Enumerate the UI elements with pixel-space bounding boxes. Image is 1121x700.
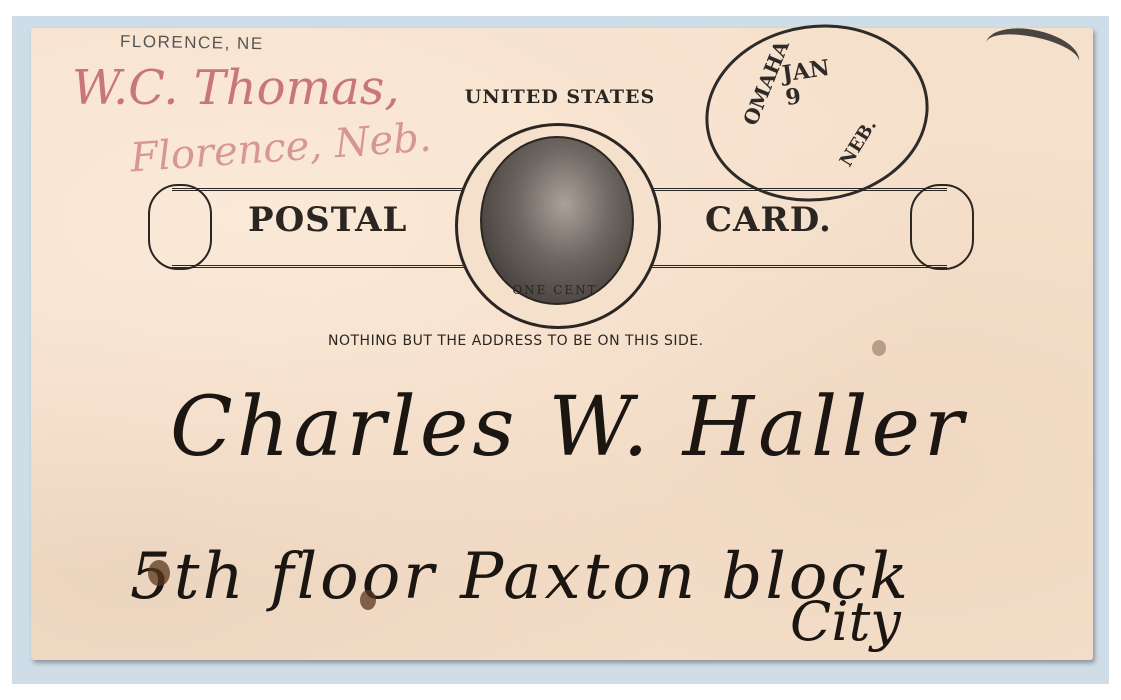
jefferson-portrait [480,136,634,305]
scroll-ornament-right [910,184,974,270]
pencil-note: FLORENCE, NE [120,32,264,55]
postmark-state: NEB. [836,116,881,171]
postal-word: POSTAL [248,200,407,240]
addressee-name: Charles W. Haller [170,380,967,475]
scroll-ornament-left [148,184,212,270]
card-word: CARD. [705,200,832,240]
ink-blot [872,340,886,356]
instruction-line: NOTHING BUT THE ADDRESS TO BE ON THIS SI… [328,333,704,349]
addressee-city: City [790,590,901,653]
ink-blot [148,560,170,586]
ink-blot [360,590,376,610]
arch-text: UNITED STATES [440,86,680,108]
denomination: ONE CENT [480,283,630,297]
postmark-date: JAN 9 [781,53,857,110]
